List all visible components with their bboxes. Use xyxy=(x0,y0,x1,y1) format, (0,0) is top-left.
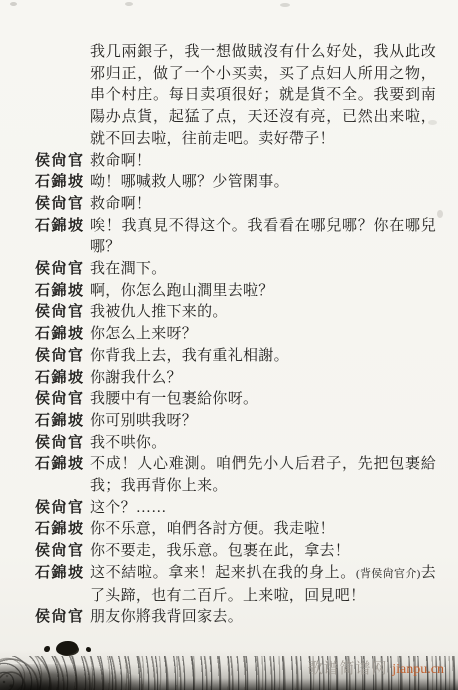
speech-text: 唉！我真見不得这个。我看看在哪兒哪？你在哪兒哪？ xyxy=(90,216,436,259)
dialogue-row: 侯尙官 我被仇人推下来的。 xyxy=(35,302,438,324)
speaker-name: 石錦坡 xyxy=(35,216,90,238)
speech-text: 我在澗下。 xyxy=(90,259,436,281)
dialogue-section: 侯尙官 救命啊！ 石錦坡 呦！哪喊救人哪？少管閑事。 侯尙官 救命啊！ 石錦坡 … xyxy=(35,151,438,629)
paper-speck xyxy=(125,2,133,6)
speaker-name: 石錦坡 xyxy=(35,454,90,476)
speaker-name: 石錦坡 xyxy=(35,411,90,433)
speech-text: 啊，你怎么跑山澗里去啦？ xyxy=(90,281,436,303)
speaker-name: 石錦坡 xyxy=(35,563,90,585)
watermark-domain: jianpu.cn xyxy=(392,662,444,677)
paper-speck xyxy=(280,3,290,7)
dialogue-row: 侯尙官 你不要走，我乐意。包裹在此，拿去！ xyxy=(35,541,438,563)
speaker-name: 侯尙官 xyxy=(35,259,90,281)
speech-text: 你背我上去，我有重礼相謝。 xyxy=(90,346,436,368)
paper-speck xyxy=(10,2,17,6)
dialogue-row: 侯尙官 我不哄你。 xyxy=(35,433,438,455)
dialogue-row: 石錦坡 不成！人心难測。咱們先小人后君子，先把包裹給我；我再背你上来。 xyxy=(35,454,438,497)
dialogue-row: 石錦坡 啊，你怎么跑山澗里去啦？ xyxy=(35,281,438,303)
speech-text: 你不要走，我乐意。包裹在此，拿去！ xyxy=(90,541,436,563)
stage-direction: (背侯尙官介) xyxy=(356,568,420,580)
scanned-script-page: 我几兩銀子，我一想做賊沒有什么好处，我从此改邪归正，做了一个小买卖，买了点妇人所… xyxy=(0,0,458,690)
speech-text: 这个？…… xyxy=(90,498,436,520)
watermark: 歌谱简谱网 jianpu.cn xyxy=(308,657,444,678)
dialogue-row: 侯尙官 救命啊！ xyxy=(35,151,438,173)
speech-text: 朋友你將我背回家去。 xyxy=(90,607,436,629)
speaker-name: 石錦坡 xyxy=(35,519,90,541)
continuation-paragraph: 我几兩銀子，我一想做賊沒有什么好处，我从此改邪归正，做了一个小买卖，买了点妇人所… xyxy=(90,42,436,151)
speaker-name: 石錦坡 xyxy=(35,281,90,303)
watermark-site-name: 歌谱简谱网 xyxy=(308,661,388,677)
dialogue-row: 石錦坡 呦！哪喊救人哪？少管閑事。 xyxy=(35,172,438,194)
dialogue-row: 石錦坡 唉！我真見不得这个。我看看在哪兒哪？你在哪兒哪？ xyxy=(35,216,438,259)
script-text-block: 我几兩銀子，我一想做賊沒有什么好处，我从此改邪归正，做了一个小买卖，买了点妇人所… xyxy=(35,42,438,629)
speaker-name: 石錦坡 xyxy=(35,368,90,390)
speech-text: 我腰中有一包裹給你呀。 xyxy=(90,389,436,411)
speech-text: 救命啊！ xyxy=(90,194,436,216)
corner-ink-blot xyxy=(0,664,150,690)
dialogue-row: 石錦坡 你怎么上来呀？ xyxy=(35,324,438,346)
speech-text: 呦！哪喊救人哪？少管閑事。 xyxy=(90,172,436,194)
speaker-name: 侯尙官 xyxy=(35,433,90,455)
dialogue-row: 侯尙官 朋友你將我背回家去。 xyxy=(35,607,438,629)
speech-text: 你怎么上来呀？ xyxy=(90,324,436,346)
speaker-name: 侯尙官 xyxy=(35,151,90,173)
dialogue-row: 石錦坡 你可别哄我呀？ xyxy=(35,411,438,433)
dialogue-row: 石錦坡 这不結啦。拿来！起来扒在我的身上。(背侯尙官介)去了头蹄，也有二百斤。上… xyxy=(35,563,438,607)
dialogue-row: 侯尙官 我在澗下。 xyxy=(35,259,438,281)
dialogue-row: 石錦坡 你謝我什么？ xyxy=(35,368,438,390)
dialogue-row: 侯尙官 救命啊！ xyxy=(35,194,438,216)
speaker-name: 侯尙官 xyxy=(35,302,90,324)
speaker-name: 侯尙官 xyxy=(35,498,90,520)
speaker-name: 侯尙官 xyxy=(35,194,90,216)
speech-text: 我被仇人推下来的。 xyxy=(90,302,436,324)
speech-text: 你可别哄我呀？ xyxy=(90,411,436,433)
speaker-name: 石錦坡 xyxy=(35,324,90,346)
speech-text: 救命啊！ xyxy=(90,151,436,173)
dialogue-row: 侯尙官 我腰中有一包裹給你呀。 xyxy=(35,389,438,411)
speech-text: 这不結啦。拿来！起来扒在我的身上。(背侯尙官介)去了头蹄，也有二百斤。上来啦，回… xyxy=(90,563,436,607)
speech-text: 你謝我什么？ xyxy=(90,368,436,390)
speech-text: 不成！人心难測。咱們先小人后君子，先把包裹給我；我再背你上来。 xyxy=(90,454,436,497)
speech-text: 我不哄你。 xyxy=(90,433,436,455)
speaker-name: 侯尙官 xyxy=(35,389,90,411)
speech-text: 你不乐意，咱們各討方便。我走啦！ xyxy=(90,519,436,541)
speech-text-pre: 这不結啦。拿来！起来扒在我的身上。 xyxy=(90,565,356,581)
dialogue-row: 侯尙官 你背我上去，我有重礼相謝。 xyxy=(35,346,438,368)
dialogue-row: 侯尙官 这个？…… xyxy=(35,498,438,520)
speaker-name: 侯尙官 xyxy=(35,541,90,563)
speaker-name: 侯尙官 xyxy=(35,346,90,368)
speaker-name: 侯尙官 xyxy=(35,607,90,629)
dialogue-row: 石錦坡 你不乐意，咱們各討方便。我走啦！ xyxy=(35,519,438,541)
speaker-name: 石錦坡 xyxy=(35,172,90,194)
